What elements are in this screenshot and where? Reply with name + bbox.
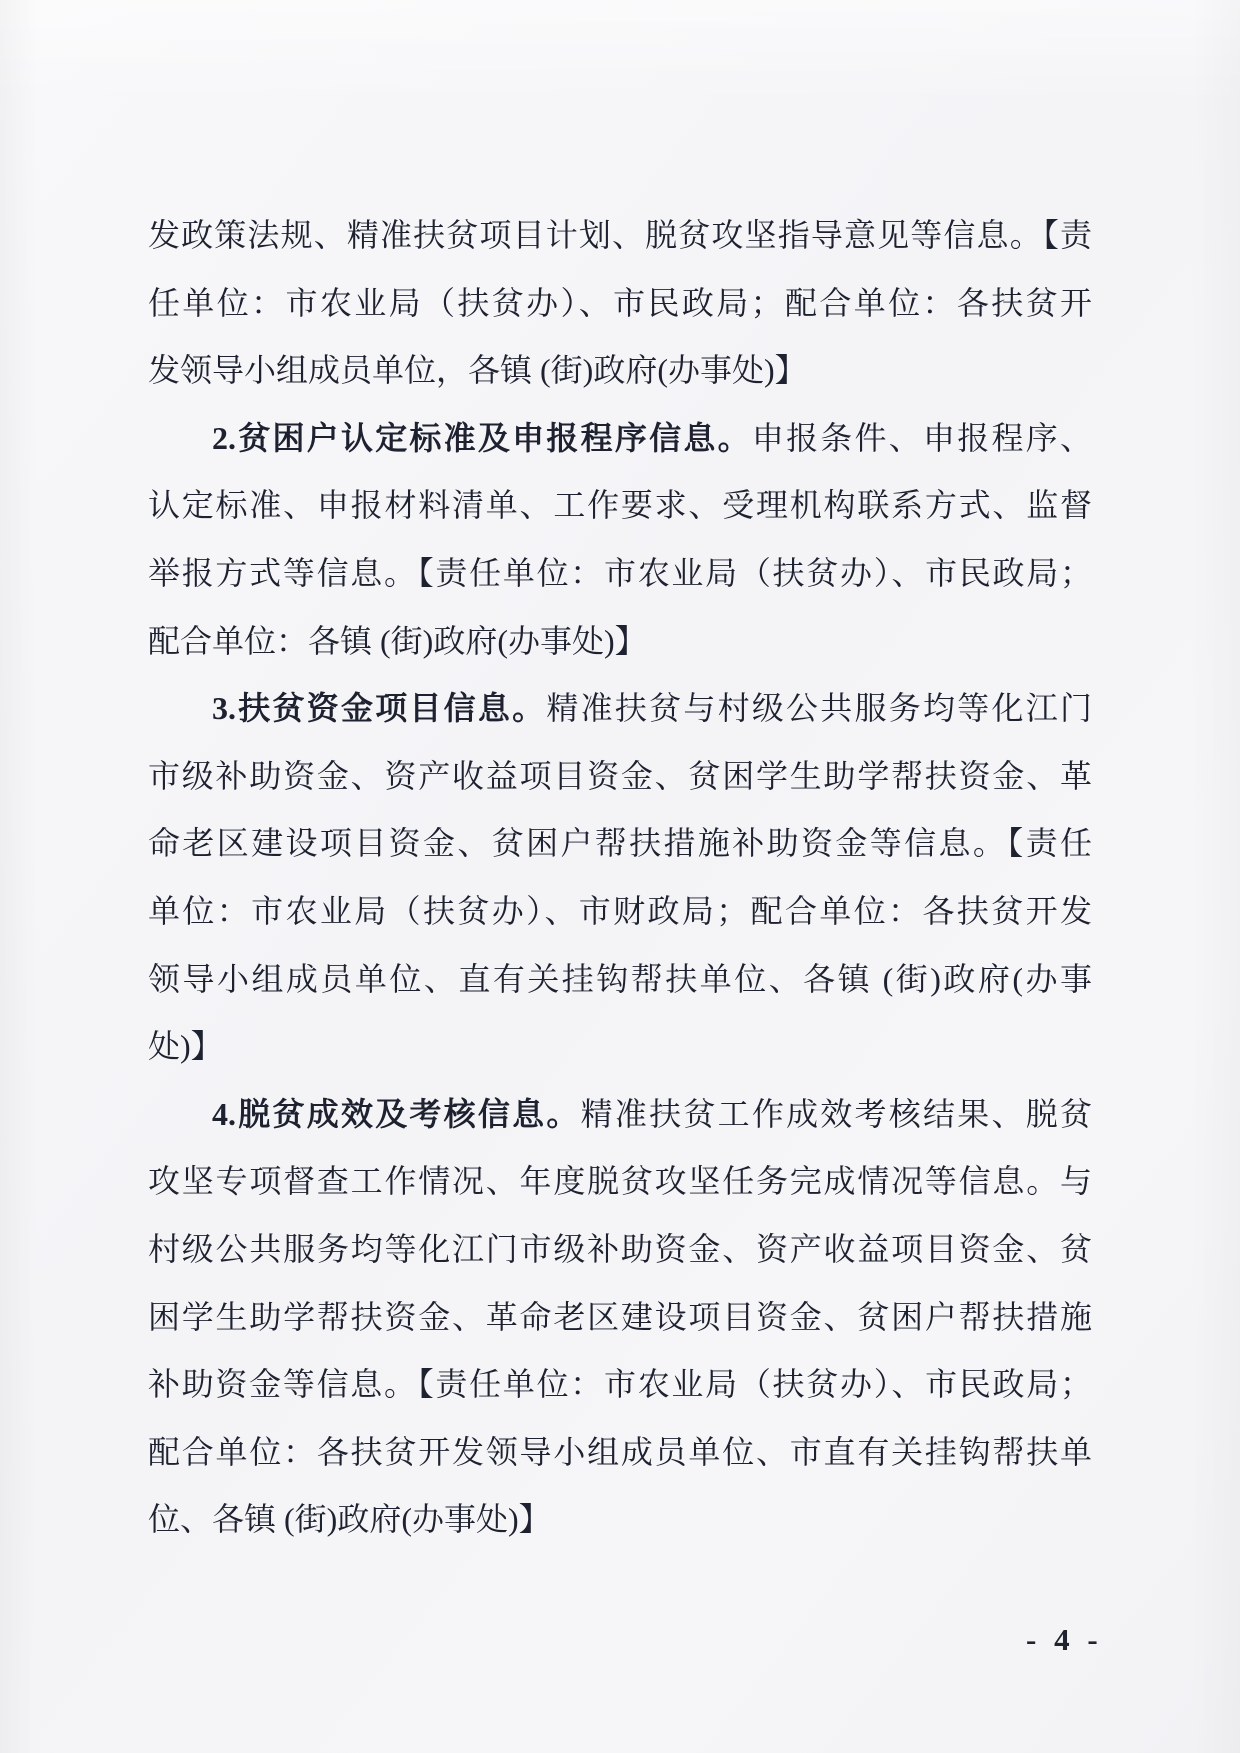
heading-run: 4.脱贫成效及考核信息。 bbox=[212, 1096, 581, 1132]
body-run: 认定标准、申报材料清单、工作要求、受理机构联系方式、监督 bbox=[148, 487, 1092, 523]
body-run: 补助资金等信息。【责任单位：市农业局（扶贫办）、市民政局； bbox=[148, 1366, 1092, 1402]
body-run: 配合单位：各镇 (街)政府(办事处)】 bbox=[148, 623, 647, 659]
body-run: 精准扶贫与村级公共服务均等化江门 bbox=[546, 690, 1092, 726]
text-line: 领导小组成员单位、直有关挂钩帮扶单位、各镇 (街)政府(办事 bbox=[148, 946, 1092, 1014]
body-run: 配合单位：各扶贫开发领导小组成员单位、市直有关挂钩帮扶单 bbox=[148, 1434, 1092, 1470]
document-text-block: 发政策法规、精准扶贫项目计划、脱贫攻坚指导意见等信息。【责 任单位：市农业局（扶… bbox=[148, 202, 1092, 1554]
text-line: 市级补助资金、资产收益项目资金、贫困学生助学帮扶资金、革 bbox=[148, 743, 1092, 811]
text-line: 2.贫困户认定标准及申报程序信息。申报条件、申报程序、 bbox=[148, 405, 1092, 473]
text-line: 单位：市农业局（扶贫办）、市财政局；配合单位：各扶贫开发 bbox=[148, 878, 1092, 946]
text-line: 位、各镇 (街)政府(办事处)】 bbox=[148, 1486, 1092, 1554]
body-run: 命老区建设项目资金、贫困户帮扶措施补助资金等信息。【责任 bbox=[148, 825, 1092, 861]
body-run: 举报方式等信息。【责任单位：市农业局（扶贫办）、市民政局； bbox=[148, 555, 1092, 591]
page-number: - 4 - bbox=[1026, 1622, 1103, 1658]
body-run: 领导小组成员单位、直有关挂钩帮扶单位、各镇 (街)政府(办事 bbox=[148, 961, 1092, 997]
text-line: 补助资金等信息。【责任单位：市农业局（扶贫办）、市民政局； bbox=[148, 1351, 1092, 1419]
text-line: 村级公共服务均等化江门市级补助资金、资产收益项目资金、贫 bbox=[148, 1216, 1092, 1284]
text-line: 命老区建设项目资金、贫困户帮扶措施补助资金等信息。【责任 bbox=[148, 810, 1092, 878]
text-line: 认定标准、申报材料清单、工作要求、受理机构联系方式、监督 bbox=[148, 472, 1092, 540]
heading-run: 3.扶贫资金项目信息。 bbox=[212, 690, 546, 726]
text-line: 发领导小组成员单位，各镇 (街)政府(办事处)】 bbox=[148, 337, 1092, 405]
text-line: 处)】 bbox=[148, 1013, 1092, 1081]
body-run: 申报条件、申报程序、 bbox=[752, 420, 1092, 456]
body-run: 攻坚专项督查工作情况、年度脱贫攻坚任务完成情况等信息。与 bbox=[148, 1163, 1092, 1199]
body-run: 市级补助资金、资产收益项目资金、贫困学生助学帮扶资金、革 bbox=[148, 758, 1092, 794]
text-line: 4.脱贫成效及考核信息。精准扶贫工作成效考核结果、脱贫 bbox=[148, 1081, 1092, 1149]
scanned-document-page: 发政策法规、精准扶贫项目计划、脱贫攻坚指导意见等信息。【责 任单位：市农业局（扶… bbox=[0, 0, 1240, 1753]
heading-run: 2.贫困户认定标准及申报程序信息。 bbox=[212, 420, 752, 456]
body-run: 发政策法规、精准扶贫项目计划、脱贫攻坚指导意见等信息。【责 bbox=[148, 217, 1092, 253]
text-line: 3.扶贫资金项目信息。精准扶贫与村级公共服务均等化江门 bbox=[148, 675, 1092, 743]
text-line: 配合单位：各扶贫开发领导小组成员单位、市直有关挂钩帮扶单 bbox=[148, 1419, 1092, 1487]
body-run: 处)】 bbox=[148, 1028, 223, 1064]
body-run: 精准扶贫工作成效考核结果、脱贫 bbox=[581, 1096, 1092, 1132]
text-line: 任单位：市农业局（扶贫办）、市民政局；配合单位：各扶贫开 bbox=[148, 270, 1092, 338]
text-line: 攻坚专项督查工作情况、年度脱贫攻坚任务完成情况等信息。与 bbox=[148, 1148, 1092, 1216]
body-run: 位、各镇 (街)政府(办事处)】 bbox=[148, 1501, 551, 1537]
body-run: 困学生助学帮扶资金、革命老区建设项目资金、贫困户帮扶措施 bbox=[148, 1299, 1092, 1335]
body-run: 单位：市农业局（扶贫办）、市财政局；配合单位：各扶贫开发 bbox=[148, 893, 1092, 929]
text-line: 举报方式等信息。【责任单位：市农业局（扶贫办）、市民政局； bbox=[148, 540, 1092, 608]
text-line: 困学生助学帮扶资金、革命老区建设项目资金、贫困户帮扶措施 bbox=[148, 1284, 1092, 1352]
text-line: 发政策法规、精准扶贫项目计划、脱贫攻坚指导意见等信息。【责 bbox=[148, 202, 1092, 270]
body-run: 任单位：市农业局（扶贫办）、市民政局；配合单位：各扶贫开 bbox=[148, 285, 1092, 321]
body-run: 发领导小组成员单位，各镇 (街)政府(办事处)】 bbox=[148, 352, 807, 388]
text-line: 配合单位：各镇 (街)政府(办事处)】 bbox=[148, 608, 1092, 676]
body-run: 村级公共服务均等化江门市级补助资金、资产收益项目资金、贫 bbox=[148, 1231, 1092, 1267]
